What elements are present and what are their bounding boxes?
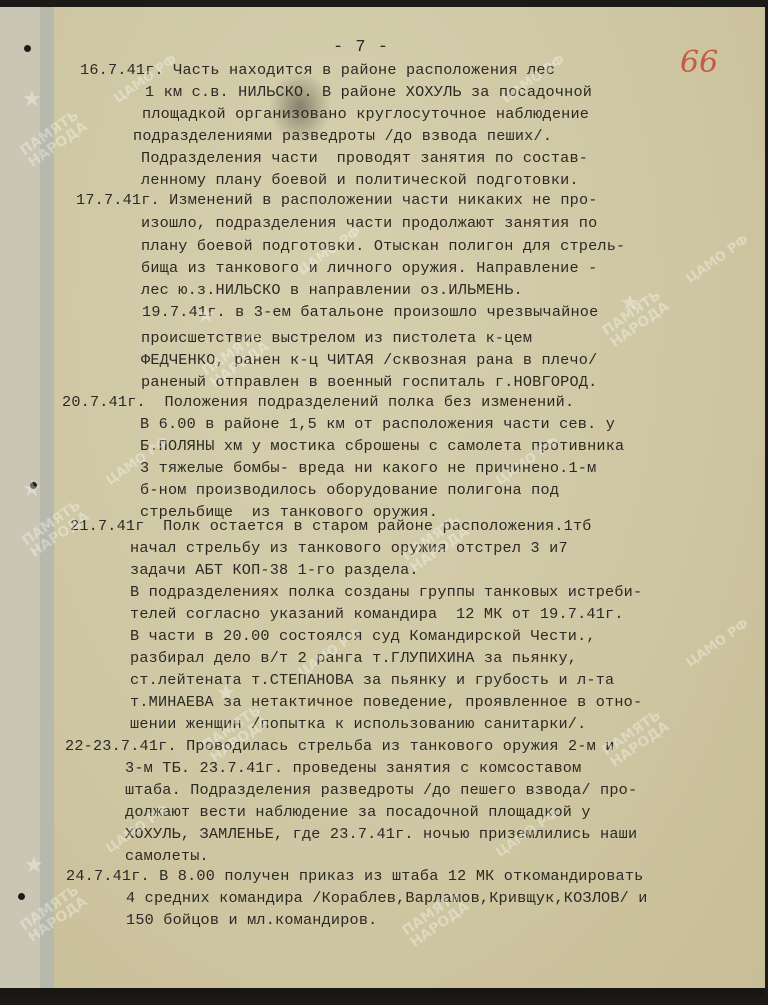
entry-line: 16.7.41г. Часть находится в районе распо… [80,61,555,79]
entry-line: В части в 20.00 состоялся суд Командирск… [130,627,596,645]
entry-line: т.МИНАЕВА за нетактичное поведение, проя… [130,693,642,711]
binder-strip [0,7,40,997]
entry-line: происшетствие выстрелом из пистолета к-ц… [141,329,532,347]
page-number: - 7 - [333,38,389,57]
entry-line: штаба. Подразделения разведроты /до пеше… [125,781,637,799]
entry-line: самолеты. [125,847,209,865]
entry-line: ст.лейтената т.СТЕПАНОВА за пьянку и гру… [130,671,614,689]
entry-line: Б.ПОЛЯНЫ хм у мостика сброшены с самолет… [140,437,624,455]
entry-line: 3-м ТБ. 23.7.41г. проведены занятия с ко… [125,759,581,777]
entry-line: площадкой организовано круглосуточное на… [142,105,589,123]
entry-line: ленному плану боевой и политической подг… [141,171,579,189]
entry-line: 17.7.41г. Изменений в расположении части… [76,191,598,209]
entry-line: раненый отправлен в военный госпиталь г.… [141,373,597,391]
entry-line: В 6.00 в районе 1,5 км от расположения ч… [140,415,615,433]
entry-line: изошло, подразделения части продолжают з… [141,214,597,232]
document-scan: - 7 - 66 16.7.41г. Часть находится в рай… [0,7,765,997]
entry-line: бища из танкового и личного оружия. Напр… [141,259,597,277]
entry-line: 4 средних командира /Кораблев,Варламов,К… [126,889,648,907]
entry-line: шении женщин /попытка к использованию са… [130,715,586,733]
entry-line: 1 км с.в. НИЛЬСКО. В районе ХОХУЛЬ за по… [145,83,592,101]
entry-line: 20.7.41г. Положения подразделений полка … [62,393,574,411]
entry-line: 21.7.41г Полк остается в старом районе р… [70,517,592,535]
entry-line: начал стрельбу из танкового оружия отстр… [130,539,568,557]
archive-sheet-number: 66 [680,45,718,80]
entry-line: 150 бойцов и мл.командиров. [126,911,377,929]
entry-line: В подразделениях полка созданы группы та… [130,583,642,601]
entry-line: телей согласно указаний командира 12 МК … [130,605,624,623]
entry-line: разбирал дело в/т 2 ранга т.ГЛУПИХИНА за… [130,649,577,667]
entry-line: 3 тяжелые бомбы- вреда ни какого не прич… [140,459,596,477]
entry-line: 24.7.41г. В 8.00 получен приказ из штаба… [66,867,643,885]
entry-line: ХОХУЛЬ, ЗАМЛЕНЬЕ, где 23.7.41г. ночью пр… [125,825,637,843]
binder-tape [40,7,55,997]
binder-hole-icon [18,893,25,900]
entry-line: 22-23.7.41г. Проводилась стрельба из тан… [65,737,615,755]
entry-line: плану боевой подготовки. Отыскан полигон… [141,237,625,255]
entry-line: ФЕДЧЕНКО, ранен к-ц ЧИТАЯ /сквозная рана… [141,351,597,369]
entry-line: Подразделения части проводят занятия по … [141,149,588,167]
entry-line: лес ю.з.НИЛЬСКО в направлении оз.ИЛЬМЕНЬ… [141,281,523,299]
scan-bottom-edge [0,988,765,997]
entry-line: должают вести наблюдение за посадочной п… [125,803,591,821]
binder-hole-icon [24,45,31,52]
entry-line: подразделениями разведроты /до взвода пе… [133,127,552,145]
entry-line: б-ном производилось оборудование полигон… [140,481,559,499]
entry-line: 19.7.41г. в 3-ем батальоне произошло чре… [142,303,598,321]
entry-line: задачи АБТ КОП-38 1-го раздела. [130,561,419,579]
binder-hole-icon [30,482,37,489]
